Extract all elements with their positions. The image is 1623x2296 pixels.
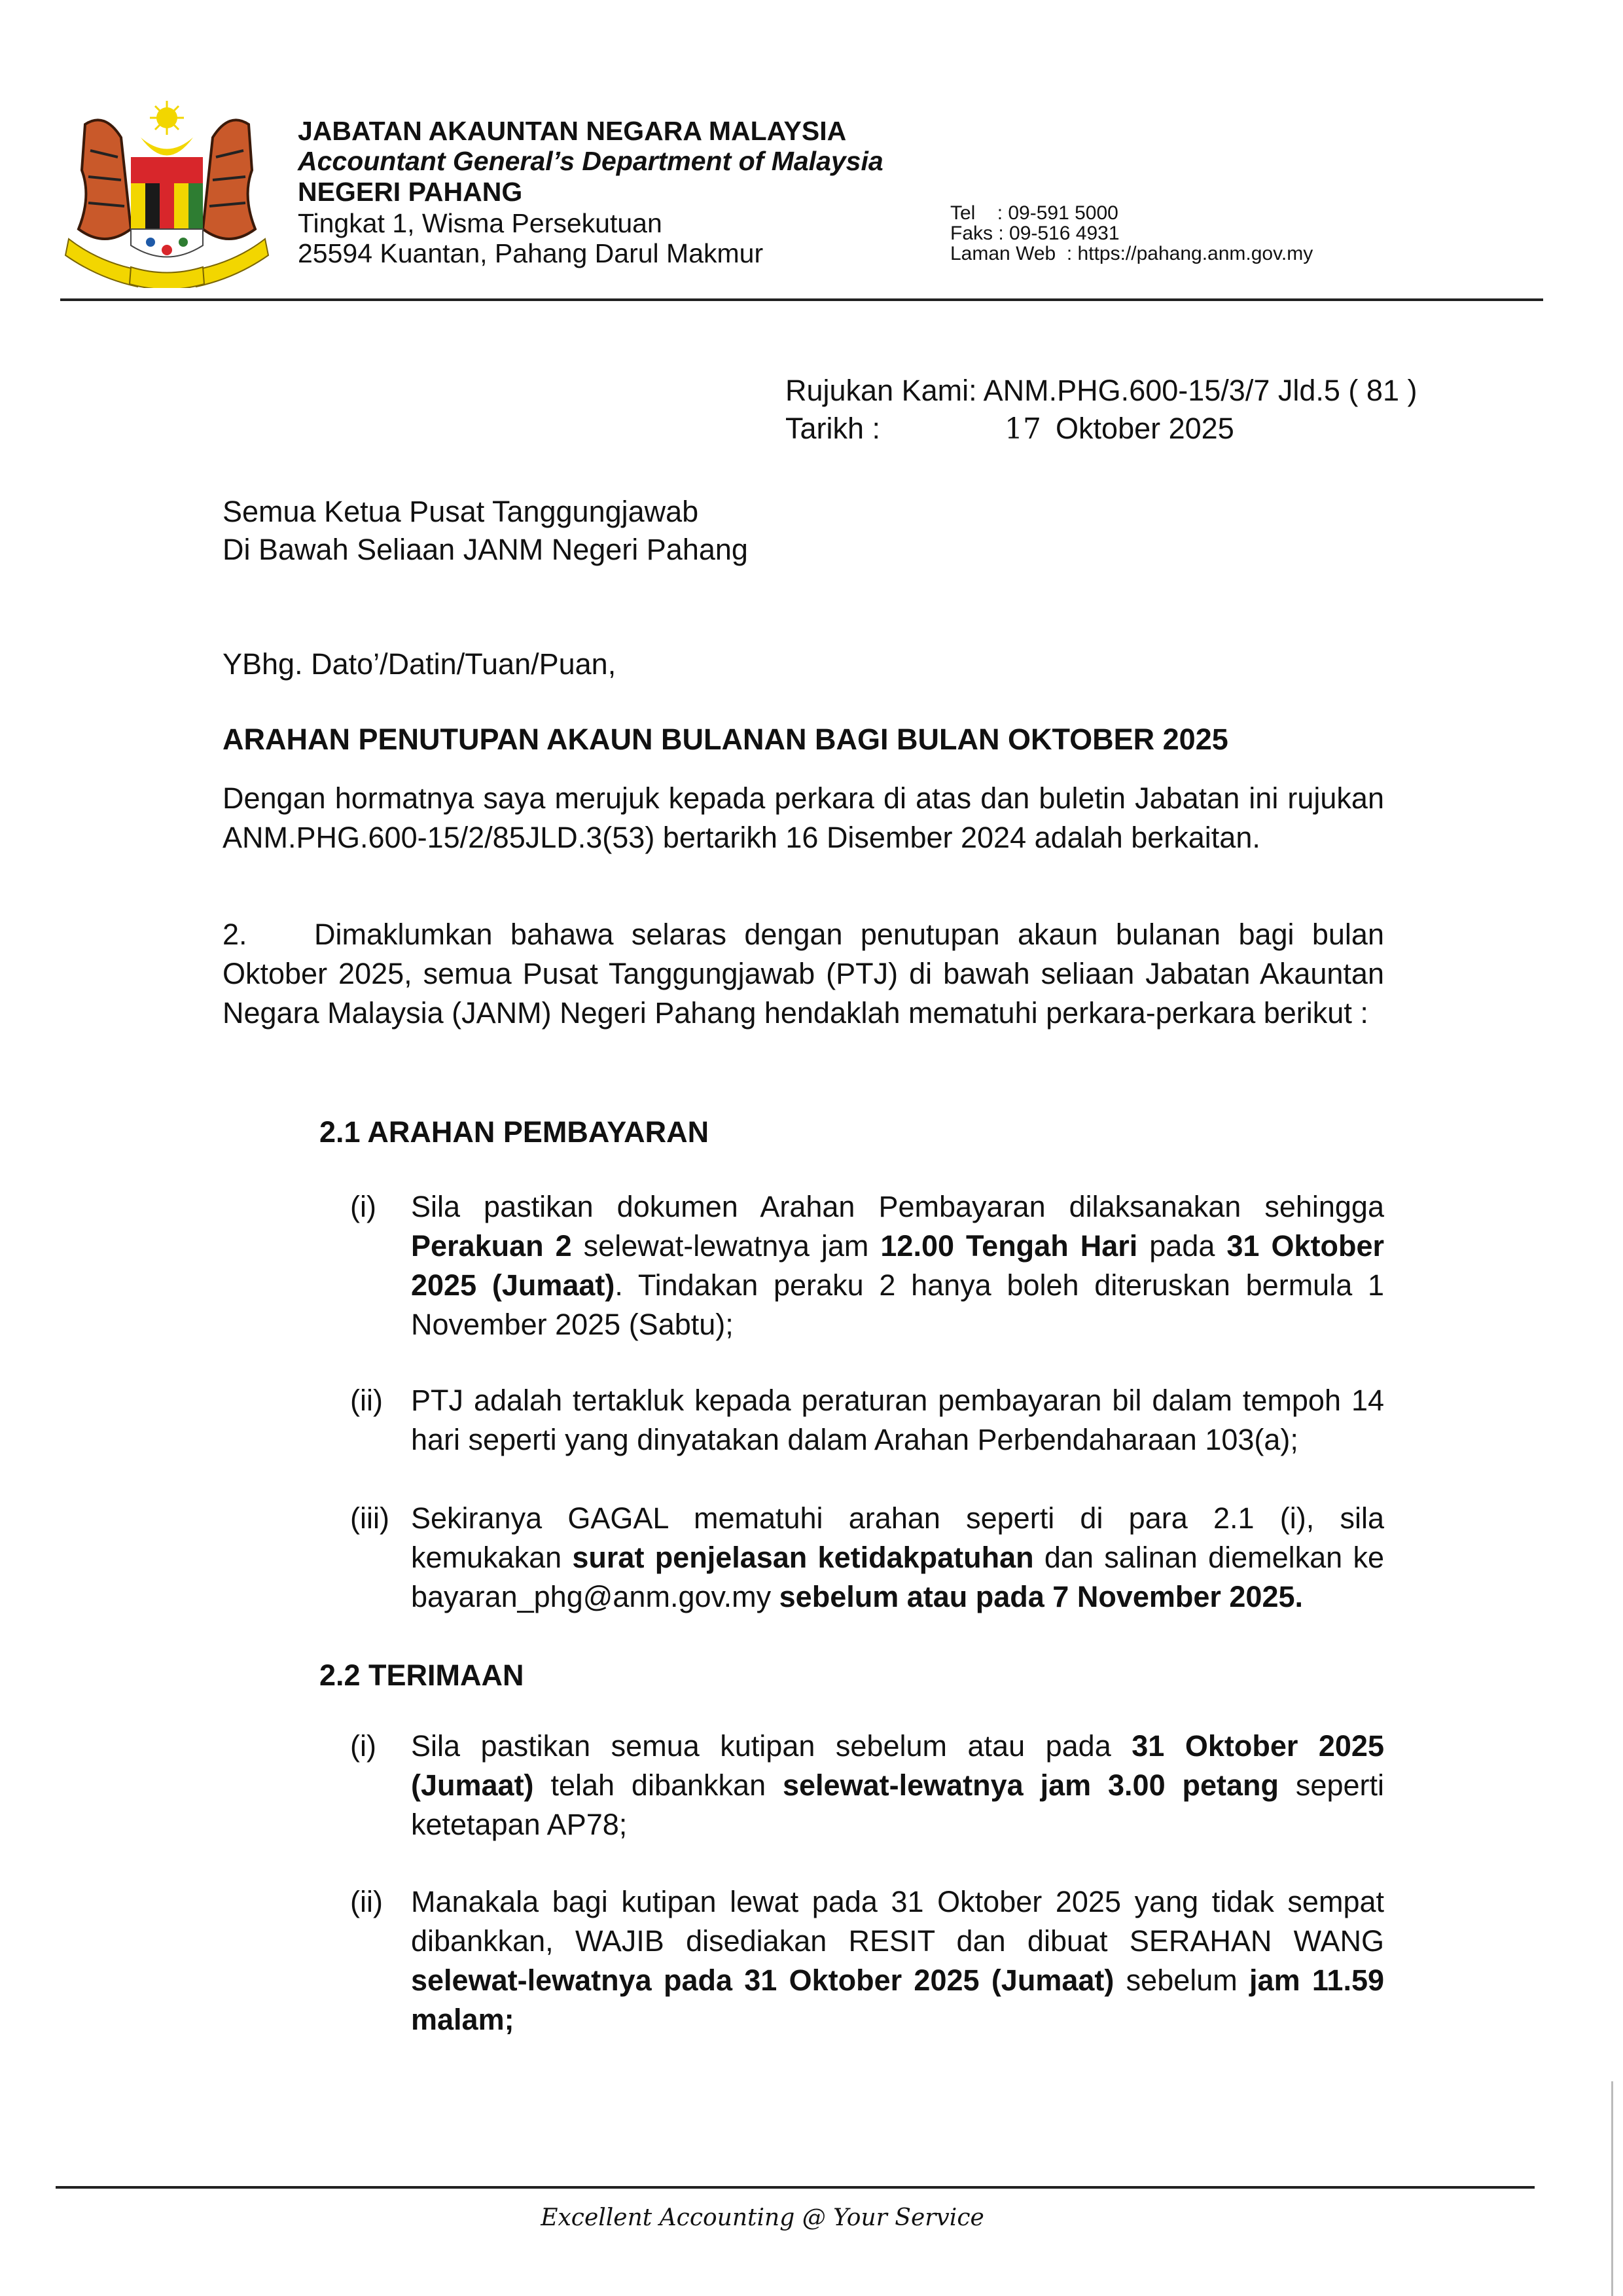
paragraph-1: Dengan hormatnya saya merujuk kepada per… <box>223 779 1384 857</box>
emphasis-text: sebelum atau pada 7 November 2025. <box>779 1580 1303 1613</box>
text-run: Manakala bagi kutipan lewat pada 31 Okto… <box>411 1885 1384 1958</box>
emphasis-text: selewat-lewatnya jam 3.00 petang <box>783 1768 1279 1802</box>
text-run: Sila pastikan dokumen Arahan Pembayaran … <box>411 1190 1384 1223</box>
item-text: PTJ adalah tertakluk kepada peraturan pe… <box>411 1381 1384 1460</box>
salutation: YBhg. Dato’/Datin/Tuan/Puan, <box>223 645 1384 684</box>
text-run: selewat-lewatnya jam <box>572 1229 881 1263</box>
section-heading-receipts: 2.2 TERIMAAN <box>319 1656 524 1695</box>
malaysia-coat-of-arms-icon <box>59 98 275 288</box>
item-text: Sila pastikan dokumen Arahan Pembayaran … <box>411 1187 1384 1344</box>
reference-label: Rujukan Kami: <box>785 374 977 407</box>
text-run: telah dibankkan <box>534 1768 783 1802</box>
org-name-malay: JABATAN AKAUNTAN NEGARA MALAYSIA <box>298 116 846 146</box>
date-month-year: Oktober 2025 <box>1056 412 1234 445</box>
state-name: NEGERI PAHANG <box>298 177 522 207</box>
reference-value: ANM.PHG.600-15/3/7 Jld.5 ( 81 ) <box>984 374 1418 407</box>
item-number: (iii) <box>350 1499 389 1538</box>
footer-slogan: Excellent Accounting @ Your Service <box>0 2204 1525 2231</box>
scan-edge <box>1611 2081 1613 2296</box>
text-run: pada <box>1137 1229 1226 1263</box>
recipient-line-2: Di Bawah Seliaan JANM Negeri Pahang <box>223 530 1384 569</box>
item-number: (i) <box>350 1727 376 1766</box>
date-day-handwritten: 17 <box>1005 412 1041 446</box>
list-item: (i) Sila pastikan dokumen Arahan Pembaya… <box>350 1187 1384 1344</box>
list-item: (ii) Manakala bagi kutipan lewat pada 31… <box>350 1882 1384 2039</box>
emphasis-text: surat penjelasan ketidakpatuhan <box>572 1541 1033 1574</box>
item-number: (i) <box>350 1187 376 1227</box>
list-item: (iii) Sekiranya GAGAL mematuhi arahan se… <box>350 1499 1384 1617</box>
paragraph-2-number: 2. <box>223 915 314 954</box>
item-text: Sekiranya GAGAL mematuhi arahan seperti … <box>411 1499 1384 1617</box>
emphasis-text: Perakuan 2 <box>411 1229 572 1263</box>
letter-date: Tarikh :17Oktober 2025 <box>785 412 1234 446</box>
fax: Faks : 09-516 4931 <box>950 223 1120 243</box>
date-label: Tarikh : <box>785 412 880 445</box>
item-number: (ii) <box>350 1882 383 1922</box>
footer-divider <box>56 2186 1535 2189</box>
header-divider <box>60 298 1543 301</box>
emphasis-text: selewat-lewatnya pada 31 Oktober 2025 (J… <box>411 1964 1114 1997</box>
recipient-line-1: Semua Ketua Pusat Tanggungjawab <box>223 492 1384 531</box>
text-run: PTJ adalah tertakluk kepada peraturan pe… <box>411 1384 1384 1456</box>
reference-number: Rujukan Kami: ANM.PHG.600-15/3/7 Jld.5 (… <box>785 374 1417 407</box>
item-text: Sila pastikan semua kutipan sebelum atau… <box>411 1727 1384 1844</box>
paragraph-2: 2.Dimaklumkan bahawa selaras dengan penu… <box>223 915 1384 1033</box>
list-item: (i) Sila pastikan semua kutipan sebelum … <box>350 1727 1384 1844</box>
text-run: Sila pastikan semua kutipan sebelum atau… <box>411 1729 1132 1763</box>
letter-title: ARAHAN PENUTUPAN AKAUN BULANAN BAGI BULA… <box>223 720 1384 759</box>
address-line-1: Tingkat 1, Wisma Persekutuan <box>298 208 662 238</box>
org-name-english: Accountant General’s Department of Malay… <box>298 146 883 176</box>
item-text: Manakala bagi kutipan lewat pada 31 Okto… <box>411 1882 1384 2039</box>
list-item: (ii) PTJ adalah tertakluk kepada peratur… <box>350 1381 1384 1460</box>
text-run: sebelum <box>1114 1964 1249 1997</box>
emphasis-text: 12.00 Tengah Hari <box>880 1229 1137 1263</box>
paragraph-2-text: Dimaklumkan bahawa selaras dengan penutu… <box>223 918 1384 1030</box>
website-link[interactable]: Laman Web : https://pahang.anm.gov.my <box>950 243 1313 264</box>
telephone: Tel : 09-591 5000 <box>950 203 1118 223</box>
address-line-2: 25594 Kuantan, Pahang Darul Makmur <box>298 238 763 268</box>
item-number: (ii) <box>350 1381 383 1420</box>
section-heading-payment: 2.1 ARAHAN PEMBAYARAN <box>319 1113 709 1152</box>
